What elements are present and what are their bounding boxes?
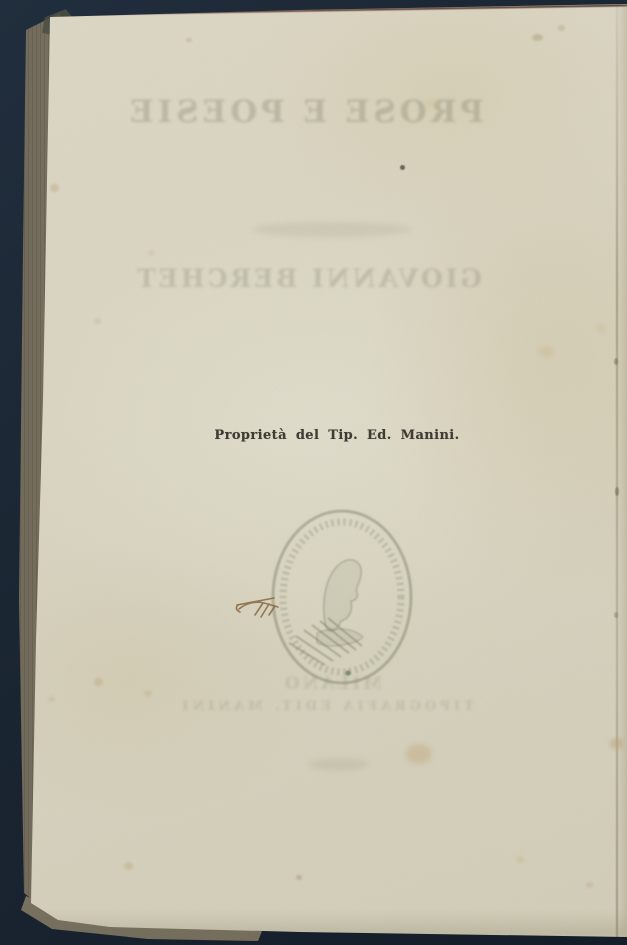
paper-grain-texture (0, 0, 627, 945)
photo-background: PROSE E POESIE GIOVANNI BERCHET MILANO T… (0, 0, 627, 945)
book-page: PROSE E POESIE GIOVANNI BERCHET MILANO T… (0, 0, 627, 945)
